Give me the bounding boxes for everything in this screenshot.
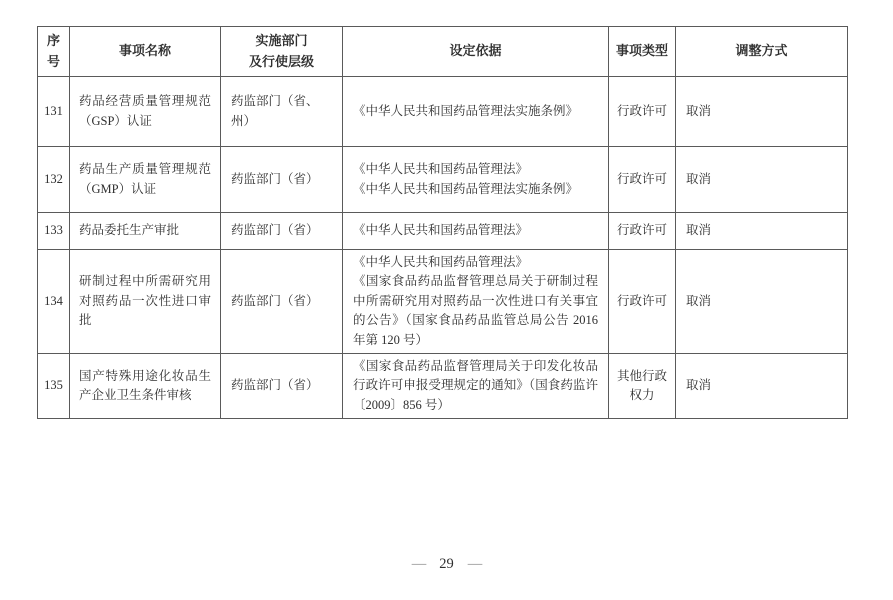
cell-department: 药监部门（省） [221,147,343,213]
table-row: 133 药品委托生产审批 药监部门（省） 《中华人民共和国药品管理法》 行政许可… [38,213,848,250]
cell-setting-basis: 《中华人民共和国药品管理法》 《中华人民共和国药品管理法实施条例》 [343,147,609,213]
cell-serial-number: 135 [38,353,70,418]
cell-item-type: 行政许可 [609,250,676,354]
cell-serial-number: 133 [38,213,70,250]
cell-adjustment: 取消 [676,250,848,354]
cell-item-type: 行政许可 [609,147,676,213]
table-row: 134 研制过程中所需研究用对照药品一次性进口审批 药监部门（省） 《中华人民共… [38,250,848,354]
cell-serial-number: 132 [38,147,70,213]
cell-setting-basis: 《中华人民共和国药品管理法实施条例》 [343,77,609,147]
cell-department: 药监部门（省） [221,250,343,354]
page-number: —29— [0,556,893,573]
table-row: 135 国产特殊用途化妆品生产企业卫生条件审核 药监部门（省） 《国家食品药品监… [38,353,848,418]
col-header-adjustment-method: 调整方式 [676,27,848,77]
cell-item-name: 药品经营质量管理规范（GSP）认证 [70,77,221,147]
cell-adjustment: 取消 [676,353,848,418]
cell-setting-basis: 《国家食品药品监督管理局关于印发化妆品行政许可申报受理规定的通知》（国食药监许〔… [343,353,609,418]
page-number-left-dash: — [412,556,426,572]
table-row: 131 药品经营质量管理规范（GSP）认证 药监部门（省、州） 《中华人民共和国… [38,77,848,147]
col-header-item-type: 事项类型 [609,27,676,77]
document-page: 序 号 事项名称 实施部门 及行使层级 设定依据 事项类型 调整方式 131 药… [0,0,893,600]
col-header-setting-basis: 设定依据 [343,27,609,77]
page-number-value: 29 [439,556,454,572]
table-row: 132 药品生产质量管理规范（GMP）认证 药监部门（省） 《中华人民共和国药品… [38,147,848,213]
approval-items-table: 序 号 事项名称 实施部门 及行使层级 设定依据 事项类型 调整方式 131 药… [37,26,848,419]
cell-department: 药监部门（省、州） [221,77,343,147]
cell-serial-number: 131 [38,77,70,147]
col-header-serial-number: 序 号 [38,27,70,77]
cell-item-name: 药品生产质量管理规范（GMP）认证 [70,147,221,213]
cell-setting-basis: 《中华人民共和国药品管理法》 [343,213,609,250]
col-header-item-name: 事项名称 [70,27,221,77]
cell-item-type: 其他行政权力 [609,353,676,418]
cell-adjustment: 取消 [676,213,848,250]
cell-item-type: 行政许可 [609,77,676,147]
cell-setting-basis: 《中华人民共和国药品管理法》 《国家食品药品监督管理总局关于研制过程中所需研究用… [343,250,609,354]
cell-item-name: 研制过程中所需研究用对照药品一次性进口审批 [70,250,221,354]
page-number-right-dash: — [468,556,482,572]
cell-item-type: 行政许可 [609,213,676,250]
col-header-implementing-department: 实施部门 及行使层级 [221,27,343,77]
cell-adjustment: 取消 [676,147,848,213]
cell-department: 药监部门（省） [221,213,343,250]
cell-adjustment: 取消 [676,77,848,147]
cell-item-name: 国产特殊用途化妆品生产企业卫生条件审核 [70,353,221,418]
cell-serial-number: 134 [38,250,70,354]
cell-department: 药监部门（省） [221,353,343,418]
cell-item-name: 药品委托生产审批 [70,213,221,250]
table-header-row: 序 号 事项名称 实施部门 及行使层级 设定依据 事项类型 调整方式 [38,27,848,77]
